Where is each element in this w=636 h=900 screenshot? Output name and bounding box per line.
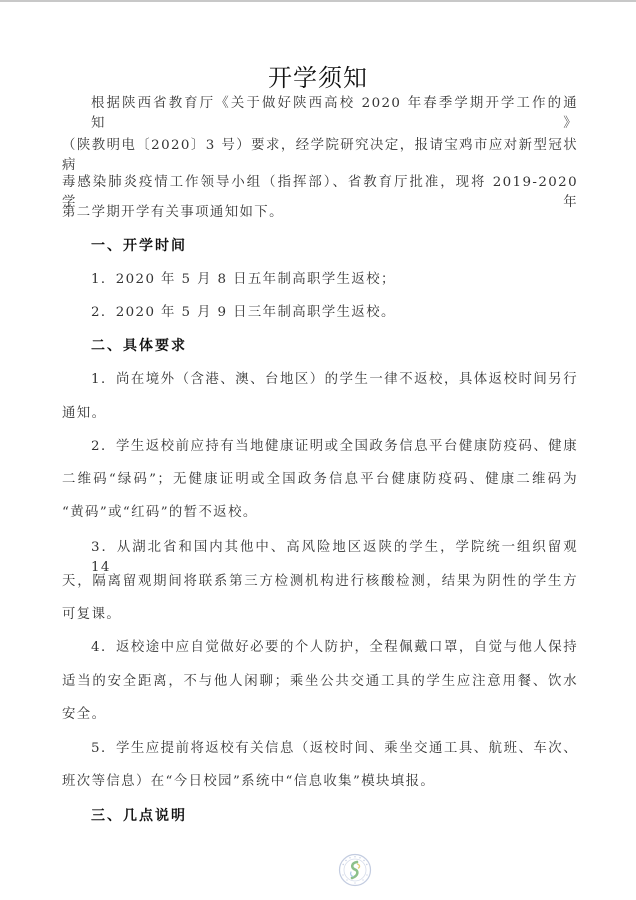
list-item: 2．2020 年 5 月 9 日三年制高职学生返校。 bbox=[91, 303, 578, 323]
list-item-continuation: 适当的安全距离，不与他人闲聊；乘坐公共交通工具的学生应注意用餐、饮水 bbox=[62, 672, 578, 692]
intro-line-1: 根据陕西省教育厅《关于做好陕西高校 2020 年春季学期开学工作的通知》 bbox=[91, 94, 578, 134]
section-heading-3: 三、几点说明 bbox=[91, 806, 187, 826]
list-item: 4．返校途中应自觉做好必要的个人防护，全程佩戴口罩，自觉与他人保持 bbox=[91, 638, 578, 658]
document-title: 开学须知 bbox=[0, 62, 636, 94]
list-item: 5．学生应提前将返校有关信息（返校时间、乘坐交通工具、航班、车次、 bbox=[91, 739, 578, 759]
document-page: 开学须知 根据陕西省教育厅《关于做好陕西高校 2020 年春季学期开学工作的通知… bbox=[0, 0, 636, 900]
list-item-continuation: 可复课。 bbox=[62, 605, 578, 625]
school-seal-icon bbox=[338, 853, 372, 887]
list-item-continuation: 安全。 bbox=[62, 705, 578, 725]
section-heading-1: 一、开学时间 bbox=[91, 236, 187, 256]
list-item-continuation: “黄码”或“红码”的暂不返校。 bbox=[62, 503, 578, 523]
list-item-continuation: 通知。 bbox=[62, 404, 578, 424]
list-item: 1．2020 年 5 月 8 日五年制高职学生返校； bbox=[91, 270, 578, 290]
list-item-continuation: 二维码“绿码”；无健康证明或全国政务信息平台健康防疫码、健康二维码为 bbox=[62, 470, 578, 490]
intro-line-2: （陕教明电〔2020〕3 号）要求，经学院研究决定，报请宝鸡市应对新型冠状病 bbox=[62, 136, 578, 176]
list-item: 2．学生返校前应持有当地健康证明或全国政务信息平台健康防疫码、健康 bbox=[91, 437, 578, 457]
intro-line-4: 第二学期开学有关事项通知如下。 bbox=[62, 203, 578, 223]
list-item-continuation: 班次等信息）在“今日校园”系统中“信息收集”模块填报。 bbox=[62, 772, 578, 792]
list-item-continuation: 天，隔离留观期间将联系第三方检测机构进行核酸检测，结果为阴性的学生方 bbox=[62, 572, 578, 592]
list-item: 1．尚在境外（含港、澳、台地区）的学生一律不返校，具体返校时间另行 bbox=[91, 370, 578, 390]
section-heading-2: 二、具体要求 bbox=[91, 336, 187, 356]
